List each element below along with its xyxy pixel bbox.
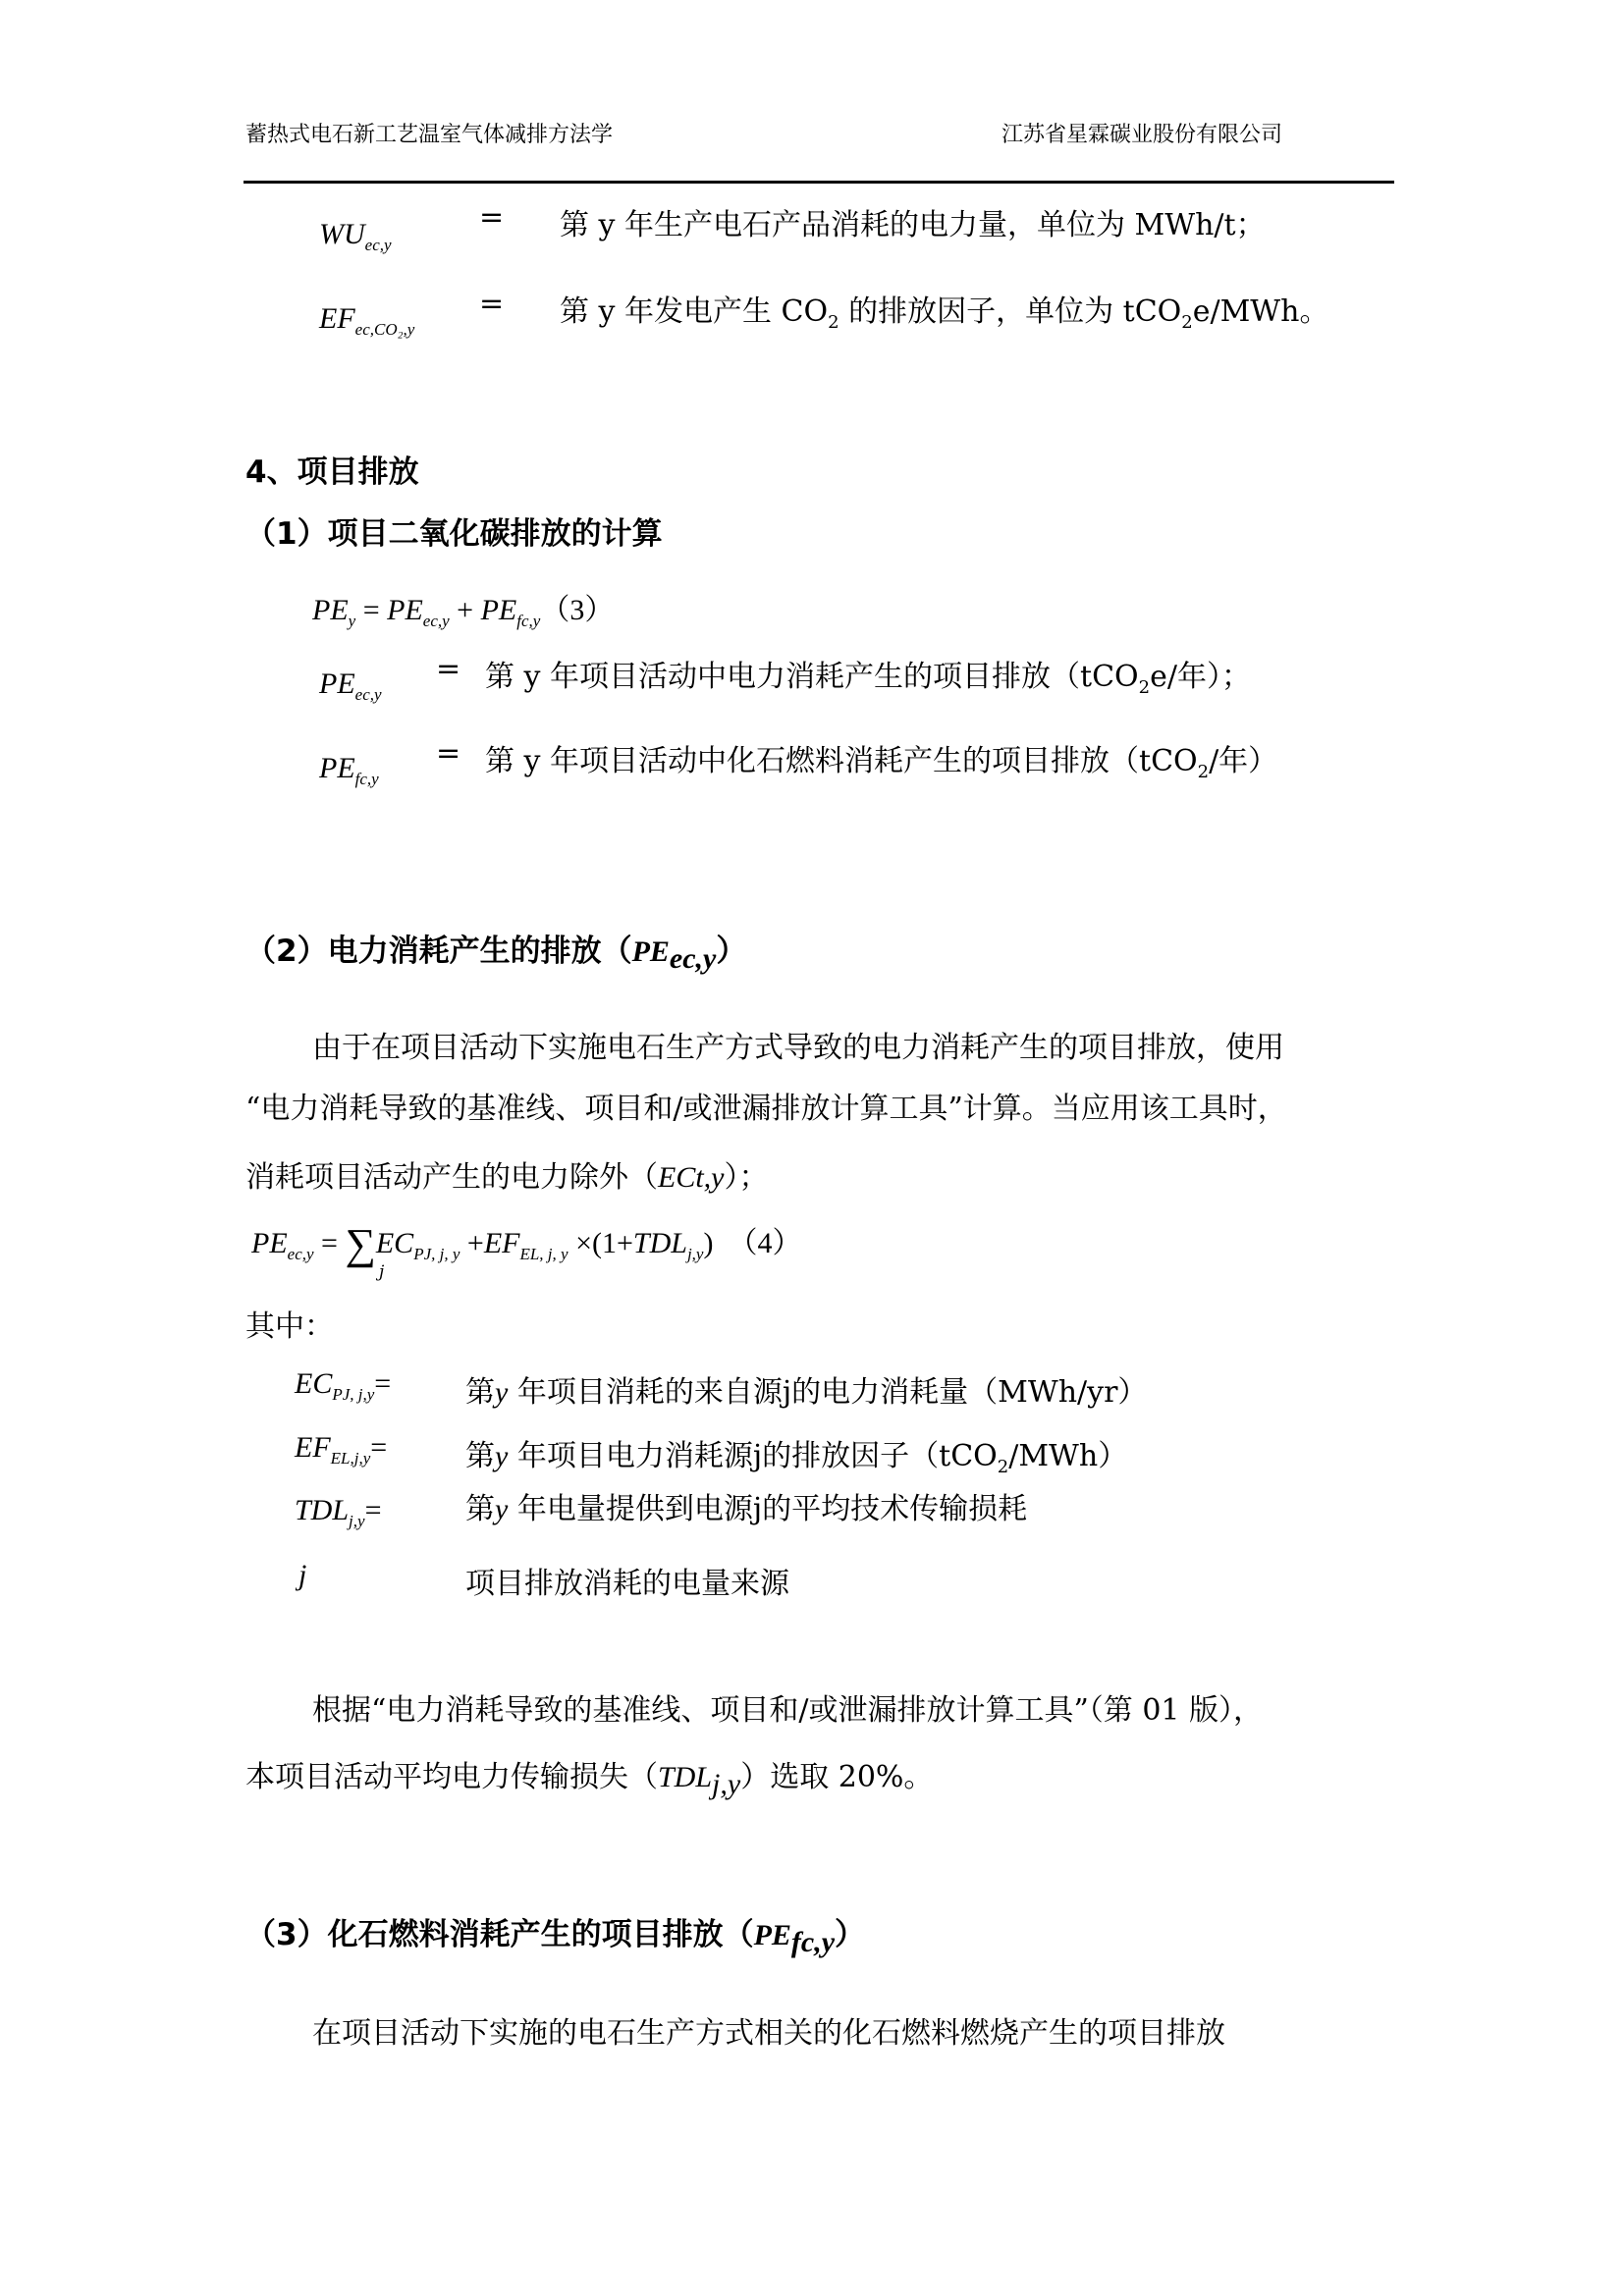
section-heading: 4、项目排放 [245,447,419,491]
paragraph-line: 本项目活动平均电力传输损失（TDLj,y）选取 20%。 [245,1752,933,1801]
symbol-ef-ec-co2-y: EFec,CO₂,y [319,302,414,340]
symbol-pe-ec-y: PEec,y [319,667,382,705]
subsection-heading: （2）电力消耗产生的排放（PEec,y） [245,926,746,976]
equals-sign: = [479,287,504,321]
definition-text: 第 y 年发电产生 CO2 的排放因子，单位为 tCO2e/MWh。 [560,287,1328,333]
equals-sign: = [436,652,460,686]
definition-text: 第 y 年项目活动中化石燃料消耗产生的项目排放（tCO2/年） [485,736,1277,782]
definition-text: 第y 年电量提供到电源j的平均技术传输损耗 [465,1484,1027,1527]
formula-3: PEy = PEec,y + PEfc,y（3） [312,585,614,631]
symbol-ec-pj-j-y: ECPJ, j,y= [295,1367,391,1405]
formula-4: PEec,y = ∑ECPJ, j, y +EFEL, j, y ×(1+TDL… [251,1213,801,1264]
definition-text: 第 y 年项目活动中电力消耗产生的项目排放（tCO2e/年）； [485,652,1251,698]
symbol-pe-fc-y: PEfc,y [319,752,379,789]
paragraph-line: 根据“电力消耗导致的基准线、项目和/或泄漏排放计算工具”（第 01 版）， [312,1685,1263,1729]
definition-text: 项目排放消耗的电量来源 [465,1559,789,1602]
symbol-j: j [298,1559,306,1592]
paragraph-line: 由于在项目活动下实施电石生产方式导致的电力消耗产生的项目排放，使用 [312,1023,1284,1066]
symbol-ef-el-j-y: EFEL,j,y= [295,1431,387,1468]
subsection-heading: （3）化石燃料消耗产生的项目排放（PEfc,y） [245,1909,865,1959]
summation-index: j [379,1262,384,1282]
summation-symbol: ∑ [345,1220,375,1268]
paragraph-line: “电力消耗导致的基准线、项目和/或泄漏排放计算工具”计算。当应用该工具时， [245,1084,1287,1127]
where-label: 其中： [245,1302,334,1345]
header-company: 江苏省星霖碳业股份有限公司 [1001,118,1282,148]
header-doc-title: 蓄热式电石新工艺温室气体减排方法学 [245,118,613,148]
definition-text: 第y 年项目电力消耗源j的排放因子（tCO2/MWh） [465,1431,1127,1477]
paragraph-line: 消耗项目活动产生的电力除外（ECt,y）； [245,1152,769,1196]
symbol-wu-ec-y: WUec,y [319,218,392,255]
header-divider [244,181,1394,184]
equals-sign: = [436,736,460,771]
paragraph-line: 在项目活动下实施的电石生产方式相关的化石燃料燃烧产生的项目排放 [312,2008,1225,2052]
symbol-tdl-j-y: TDLj,y= [295,1494,382,1531]
definition-text: 第 y 年生产电石产品消耗的电力量，单位为 MWh/t； [560,200,1266,243]
subsection-heading: （1）项目二氧化碳排放的计算 [245,508,663,553]
definition-text: 第y 年项目消耗的来自源j的电力消耗量（MWh/yr） [465,1367,1147,1411]
equals-sign: = [479,200,504,235]
